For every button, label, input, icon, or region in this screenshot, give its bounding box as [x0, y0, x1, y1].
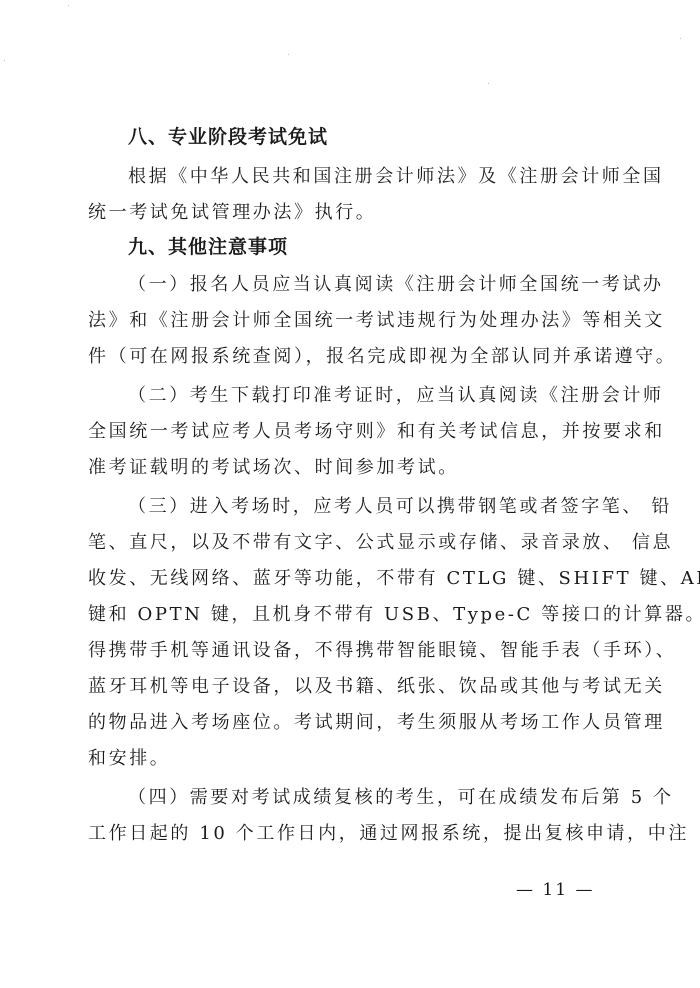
paragraph-line: 得携带手机等通讯设备，不得携带智能眼镜、智能手表（手环）、 — [88, 636, 676, 662]
paragraph-line: （一）报名人员应当认真阅读《注册会计师全国统一考试办 — [128, 270, 664, 296]
section-heading-8: 八、专业阶段考试免试 — [128, 122, 328, 149]
paragraph-line: 和安排。 — [88, 744, 170, 770]
section-heading-9: 九、其他注意事项 — [128, 232, 288, 259]
paragraph-line: （二）考生下载打印准考证时，应当认真阅读《注册会计师 — [128, 381, 664, 407]
paragraph-line: 收发、无线网络、蓝牙等功能，不带有 CTLG 键、SHIFT 键、ALPHA — [88, 564, 700, 590]
paragraph-line: 工作日起的 10 个工作日内，通过网报系统，提出复核申请，中注 — [88, 819, 689, 845]
paragraph-line: 键和 OPTN 键，且机身不带有 USB、Type-C 等接口的计算器。不 — [88, 600, 700, 626]
scan-speck — [4, 60, 5, 61]
paragraph-line: 笔、直尺，以及不带有文字、公式显示或存储、录音录放、 信息 — [88, 528, 673, 554]
paragraph-line: 准考证载明的考试场次、时间参加考试。 — [88, 453, 459, 479]
paragraph-line: 统一考试免试管理办法》执行。 — [88, 198, 376, 224]
paragraph-line: 根据《中华人民共和国注册会计师法》及《注册会计师全国 — [128, 162, 664, 188]
paragraph-line: 件（可在网报系统查阅），报名完成即视为全部认同并承诺遵守。 — [88, 342, 676, 368]
scan-speck — [288, 54, 289, 55]
paragraph-line: （三）进入考场时，应考人员可以携带钢笔或者签字笔、 铅 — [128, 492, 672, 518]
page-number: — 11 — — [516, 880, 594, 900]
paragraph-line: 的物品进入考场座位。考试期间，考生须服从考场工作人员管理 — [88, 708, 665, 734]
scan-speck — [488, 83, 489, 84]
paragraph-line: （四）需要对考试成绩复核的考生，可在成绩发布后第 5 个 — [128, 783, 674, 809]
paragraph-line: 全国统一考试应考人员考场守则》和有关考试信息，并按要求和 — [88, 417, 665, 443]
paragraph-line: 法》和《注册会计师全国统一考试违规行为处理办法》等相关文 — [88, 306, 665, 332]
paragraph-line: 蓝牙耳机等电子设备，以及书籍、纸张、饮品或其他与考试无关 — [88, 672, 665, 698]
scan-speck — [680, 38, 681, 39]
scan-speck — [68, 5, 69, 6]
